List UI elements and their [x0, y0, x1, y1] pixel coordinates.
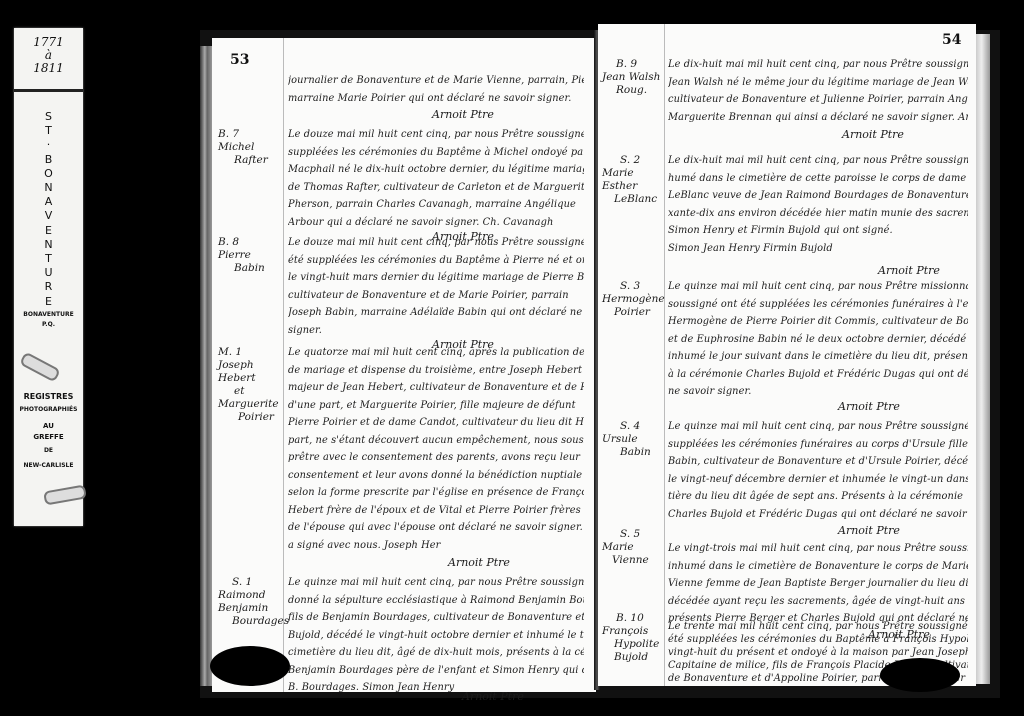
margin-tag: S. 5 Marie Vienne	[602, 528, 664, 567]
entry-line: LeBlanc veuve de Jean Raimond Bourdages …	[668, 187, 968, 205]
parish-letter: ·	[14, 138, 83, 152]
entry-line: le vingt-neuf décembre dernier et inhumé…	[668, 471, 968, 489]
entry-line: Le quinze mai mil huit cent cinq, par no…	[668, 418, 968, 436]
entry-line: majeur de Jean Hebert, cultivateur de Bo…	[288, 379, 584, 397]
entry-name: Benjamin	[218, 602, 280, 615]
margin-tag: B. 10 François Hypolite Bujold	[602, 612, 664, 664]
entry-text: Le dix-huit mai mil huit cent cinq, par …	[668, 152, 968, 257]
entry-line: de mariage et dispense du troisième, ent…	[288, 362, 584, 380]
entry-line: le vingt-huit mars dernier du légitime m…	[288, 269, 584, 287]
entry-line: Arbour qui a déclaré ne savoir signer. C…	[288, 214, 584, 232]
margin-tag: B. 7 Michel Rafter	[218, 128, 280, 167]
entry-text: Le quinze mai mil huit cent cinq, par no…	[288, 574, 584, 697]
parish-letter: E	[14, 224, 83, 238]
register-entry: B. 8 Pierre Babin Le douze mai mil huit …	[218, 234, 588, 346]
entry-code: B. 7	[218, 128, 280, 141]
entry-surname: Bujold	[602, 651, 664, 664]
entry-text: Le dix-huit mai mil huit cent cinq, par …	[668, 56, 968, 126]
entry-line: Macphail né le dix-huit octobre dernier,…	[288, 161, 584, 179]
entry-line: cultivateur de Bonaventure et Julienne P…	[668, 91, 968, 109]
note-line: REGISTRES	[14, 392, 83, 401]
entry-code: B. 8	[218, 236, 280, 249]
entry-name: Hermogène	[602, 293, 664, 306]
parish-letter: T	[14, 124, 83, 138]
entry-name: Joseph Hebert	[218, 359, 288, 385]
entry-name: Marguerite	[218, 398, 288, 411]
parish-letter: N	[14, 238, 83, 252]
margin-tag: S. 2 Marie Esther LeBlanc	[602, 154, 664, 206]
parish-letter: E	[14, 295, 83, 309]
page-number: 53	[230, 52, 249, 68]
margin-tag: S. 3 Hermogène Poirier	[602, 280, 664, 319]
note-line: PHOTOGRAPHIÉS	[14, 406, 83, 413]
priest-signature: Arnoit Ptre	[842, 128, 904, 141]
entry-surname: Rafter	[218, 154, 280, 167]
entry-line: Marguerite Brennan qui ainsi a déclaré n…	[668, 109, 968, 127]
note-line: GREFFE	[14, 433, 83, 441]
entry-code: S. 1	[218, 576, 280, 589]
parish-letter: B	[14, 153, 83, 167]
entry-line: cultivateur de Bonaventure et de Marie P…	[288, 287, 584, 305]
entry-text: Le quatorze mai mil huit cent cinq, aprè…	[288, 344, 584, 554]
entry-name: Michel	[218, 141, 280, 154]
entry-line: Hebert frère de l'époux et de Vital et P…	[288, 502, 584, 520]
entry-line: à la cérémonie Charles Bujold et Frédéri…	[668, 366, 968, 384]
register-entry: M. 1 Joseph Hebert et Marguerite Poirier…	[218, 344, 588, 548]
register-entry: S. 4 Ursule Babin Le quinze mai mil huit…	[602, 418, 972, 528]
paper-clip-icon	[43, 484, 87, 505]
entry-code: M. 1	[218, 346, 288, 359]
entry-code: B. 10	[602, 612, 664, 625]
entry-line: marraine Marie Poirier qui ont déclaré n…	[288, 90, 584, 108]
parish-letter: N	[14, 181, 83, 195]
entry-line: soussigné ont été suppléées les cérémoni…	[668, 296, 968, 314]
entry-line: a signé avec nous. Joseph Her	[288, 537, 584, 555]
register-entry: journalier de Bonaventure et de Marie Vi…	[218, 72, 588, 122]
entry-line: signer.	[288, 322, 584, 340]
entry-name: Pierre	[218, 249, 280, 262]
priest-signature: Arnoit Ptre	[432, 108, 494, 121]
entry-line: xante-dix ans environ décédée hier matin…	[668, 205, 968, 223]
entry-text: Le douze mai mil huit cent cinq, par nou…	[288, 234, 584, 339]
entry-line: suppléées les cérémonies funéraires au c…	[668, 436, 968, 454]
note-line: DE	[14, 447, 83, 454]
entry-line: vingt-huit du présent et ondoyé à la mai…	[668, 646, 968, 659]
entry-text: Le quinze mai mil huit cent cinq, par no…	[668, 278, 968, 401]
entry-line: prêtre avec le consentement des parents,…	[288, 449, 584, 467]
parish-letter: O	[14, 167, 83, 181]
entry-code: S. 3	[602, 280, 664, 293]
entry-line: donné la sépulture ecclésiastique à Raim…	[288, 592, 584, 610]
entry-line: journalier de Bonaventure et de Marie Vi…	[288, 72, 584, 90]
entry-line: Babin, cultivateur de Bonaventure et d'U…	[668, 453, 968, 471]
entry-line: humé dans le cimetière de cette paroisse…	[668, 170, 968, 188]
entry-line: Le douze mai mil huit cent cinq, par nou…	[288, 234, 584, 252]
priest-signature: Arnoit Ptre	[838, 524, 900, 537]
entry-surname: Babin	[218, 262, 280, 275]
entry-name: Jean Walsh	[602, 71, 664, 84]
entry-name: Hypolite	[602, 638, 664, 651]
entry-line: B. Bourdages. Simon Jean Henry	[288, 679, 584, 697]
entry-line: consentement et leur avons donné la béné…	[288, 467, 584, 485]
entry-text: Le quinze mai mil huit cent cinq, par no…	[668, 418, 968, 523]
entry-surname: Roug.	[602, 84, 664, 97]
register-entry: S. 2 Marie Esther LeBlanc Le dix-huit ma…	[602, 152, 972, 274]
entry-line: Le dix-huit mai mil huit cent cinq, par …	[668, 56, 968, 74]
priest-signature: Arnoit Ptre	[448, 556, 510, 569]
entry-line: selon la forme prescrite par l'église en…	[288, 484, 584, 502]
entry-line: été suppléées les cérémonies du Baptême …	[668, 633, 968, 646]
entry-line: Hermogène de Pierre Poirier dit Commis, …	[668, 313, 968, 331]
location-label: BONAVENTURE	[14, 311, 83, 318]
entry-surname: Bourdages	[218, 615, 280, 628]
entry-line: Vienne femme de Jean Baptiste Berger jou…	[668, 575, 968, 593]
entry-line: Le quinze mai mil huit cent cinq, par no…	[288, 574, 584, 592]
entry-code: B. 9	[602, 58, 664, 71]
entry-line: Le vingt-trois mai mil huit cent cinq, p…	[668, 540, 968, 558]
entry-text: journalier de Bonaventure et de Marie Vi…	[288, 72, 584, 107]
margin-tag: B. 9 Jean Walsh Roug.	[602, 58, 664, 97]
entry-text: Le vingt-trois mai mil huit cent cinq, p…	[668, 540, 968, 628]
entry-line: Le douze mai mil huit cent cinq, par nou…	[288, 126, 584, 144]
margin-tag: M. 1 Joseph Hebert et Marguerite Poirier	[218, 346, 288, 424]
register-entry: B. 7 Michel Rafter Le douze mai mil huit…	[218, 126, 588, 246]
left-page: 53 journalier de Bonaventure et de Marie…	[212, 38, 596, 692]
year-range-label: 1771 à 1811	[14, 28, 83, 92]
priest-signature: Arnoit Ptre	[838, 400, 900, 413]
priest-signature: Arnoit Ptre	[878, 264, 940, 277]
parish-letter: V	[14, 209, 83, 223]
entry-line: Pherson, parrain Charles Cavanagh, marra…	[288, 196, 584, 214]
entry-name: Raimond	[218, 589, 280, 602]
entry-line: ne savoir signer.	[668, 383, 968, 401]
entry-code: S. 5	[602, 528, 664, 541]
province-label: P.Q.	[14, 321, 83, 328]
entry-line: Benjamin Bourdages père de l'enfant et S…	[288, 662, 584, 680]
note-line: AU	[14, 422, 83, 430]
margin-tag: S. 4 Ursule Babin	[602, 420, 664, 459]
entry-line: Joseph Babin, marraine Adélaïde Babin qu…	[288, 304, 584, 322]
page-number: 54	[942, 32, 961, 48]
entry-name: François	[602, 625, 664, 638]
register-entry: B. 9 Jean Walsh Roug. Le dix-huit mai mi…	[602, 56, 972, 156]
entry-line: part, ne s'étant découvert aucun empêche…	[288, 432, 584, 450]
margin-tag: S. 1 Raimond Benjamin Bourdages	[218, 576, 280, 628]
right-page: 54 B. 9 Jean Walsh Roug. Le dix-huit mai…	[598, 24, 976, 686]
entry-surname: Poirier	[602, 306, 664, 319]
parish-letter: T	[14, 252, 83, 266]
entry-line: décédée ayant reçu les sacrements, âgée …	[668, 593, 968, 611]
parish-letter: U	[14, 266, 83, 280]
scan-shadow	[880, 658, 960, 692]
entry-line: Simon Henry et Firmin Bujold qui ont sig…	[668, 222, 968, 240]
register-entry: S. 3 Hermogène Poirier Le quinze mai mil…	[602, 278, 972, 408]
entry-line: suppléées les cérémonies du Baptême à Mi…	[288, 144, 584, 162]
scan-shadow	[210, 646, 290, 686]
entry-line: Charles Bujold et Frédéric Dugas qui ont…	[668, 506, 968, 524]
paper-clip-icon	[19, 351, 61, 382]
entry-line: tière du lieu dit âgée de sept ans. Prés…	[668, 488, 968, 506]
entry-name: Marie	[602, 541, 664, 554]
entry-line: Bujold, décédé le vingt-huit octobre der…	[288, 627, 584, 645]
entry-line: de l'épouse qui avec l'épouse ont déclar…	[288, 519, 584, 537]
entry-line: Le dix-huit mai mil huit cent cinq, par …	[668, 152, 968, 170]
parish-letter: S	[14, 110, 83, 124]
entry-name: Marie Esther	[602, 167, 664, 193]
entry-surname: Babin	[602, 446, 664, 459]
entry-name: Ursule	[602, 433, 664, 446]
entry-line: Le trente mai mil huit cent cinq, par no…	[668, 620, 968, 633]
entry-line: cimetière du lieu dit, âgé de dix-huit m…	[288, 644, 584, 662]
entry-line: Simon Jean Henry Firmin Bujold	[668, 240, 968, 258]
entry-line: de Thomas Rafter, cultivateur de Carleto…	[288, 179, 584, 197]
entry-surname: LeBlanc	[602, 193, 664, 206]
entry-line: Pierre Poirier et de dame Candot, cultiv…	[288, 414, 584, 432]
entry-line: fils de Benjamin Bourdages, cultivateur …	[288, 609, 584, 627]
entry-text: Le douze mai mil huit cent cinq, par nou…	[288, 126, 584, 231]
entry-line: et de Euphrosine Babin né le deux octobr…	[668, 331, 968, 349]
entry-line: Jean Walsh né le même jour du légitime m…	[668, 74, 968, 92]
entry-line: été suppléées les cérémonies du Baptême …	[288, 252, 584, 270]
note-line: NEW-CARLISLE	[14, 462, 83, 469]
entry-line: inhumé dans le cimetière de Bonaventure …	[668, 558, 968, 576]
entry-line: inhumé le jour suivant dans le cimetière…	[668, 348, 968, 366]
parish-name-vertical: S T · B O N A V E N T U R E	[14, 110, 83, 309]
parish-letter: A	[14, 195, 83, 209]
priest-signature: Arnoit Ptre	[462, 690, 524, 703]
entry-surname: Vienne	[602, 554, 664, 567]
year-end: 1811	[14, 62, 83, 75]
entry-surname: Poirier	[218, 411, 288, 424]
entry-code: S. 4	[602, 420, 664, 433]
entry-line: Le quatorze mai mil huit cent cinq, aprè…	[288, 344, 584, 362]
entry-code: S. 2	[602, 154, 664, 167]
margin-tag: B. 8 Pierre Babin	[218, 236, 280, 275]
parish-letter: R	[14, 280, 83, 294]
entry-line: Le quinze mai mil huit cent cinq, par no…	[668, 278, 968, 296]
entry-line: d'une part, et Marguerite Poirier, fille…	[288, 397, 584, 415]
entry-conjunction: et	[218, 385, 288, 398]
archive-label-strip: 1771 à 1811 S T · B O N A V E N T U R E …	[14, 28, 83, 526]
